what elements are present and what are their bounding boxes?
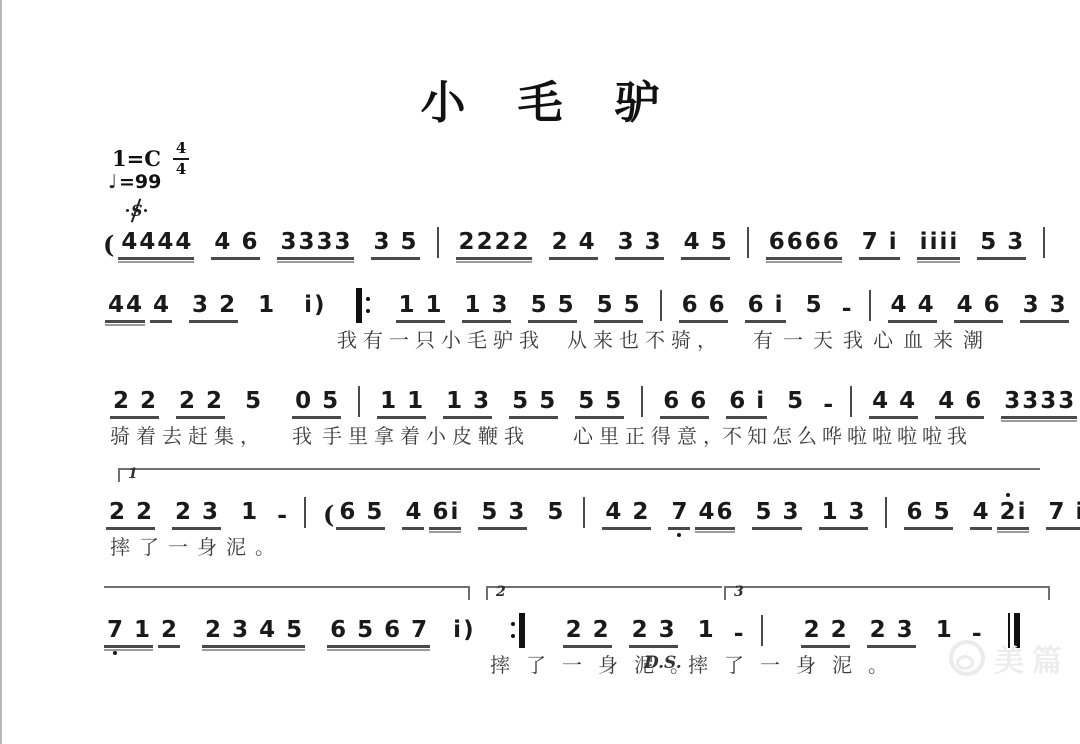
note: 7 (107, 619, 123, 642)
note-group: 65 (904, 501, 953, 530)
barline (1043, 227, 1045, 258)
watermark-text: 美篇 (994, 636, 1070, 680)
note-group: 45 (681, 231, 730, 260)
note: 7 (862, 231, 878, 254)
note: i (453, 619, 461, 642)
note-group: 44 (869, 390, 918, 419)
note-group: i) (301, 294, 327, 323)
note: 5 (597, 294, 613, 317)
notation-symbol: - (734, 618, 744, 648)
note: 7 (671, 501, 687, 524)
repeat-end (511, 612, 525, 648)
notation-symbol: ( (103, 230, 114, 260)
score-line-verse-line-1: 444321i)11135555666i5-44463333我有一只小毛驴我从来… (105, 287, 1080, 323)
barline (761, 615, 763, 646)
lyrics-segment: 心里正得意， (573, 420, 729, 449)
repeat-dots (366, 297, 370, 313)
note: 5 (286, 619, 302, 642)
note: 4 (157, 231, 173, 254)
note-group: 46 (935, 390, 984, 419)
note: 2 (804, 619, 820, 642)
note-group: 1 (695, 619, 717, 648)
note: 3 (1050, 294, 1066, 317)
note: 5 (755, 501, 771, 524)
note: 4 (139, 231, 155, 254)
note: 6 (709, 294, 725, 317)
score-line-ending-line: 2371223456567i)22231-22231-摔了一身泥。D.S.摔了一… (104, 612, 1037, 648)
notation-symbol: - (842, 293, 852, 323)
note: 6 (805, 231, 821, 254)
barline (660, 290, 662, 321)
note: 6 (965, 390, 981, 413)
key-label: 1=C (112, 146, 161, 171)
note: 2 (459, 231, 475, 254)
note-group: 55 (594, 294, 643, 323)
barline (885, 497, 887, 528)
note: 5 (539, 390, 555, 413)
note: 4 (214, 231, 230, 254)
note: 7 (411, 619, 427, 642)
note: 5 (366, 501, 382, 524)
note-group: 32 (189, 294, 238, 323)
note: 3 (192, 294, 208, 317)
note: 1 (399, 294, 415, 317)
note: 4 (153, 294, 169, 317)
note: i (756, 390, 764, 413)
volta-bracket: 2 (486, 586, 722, 600)
note-group: 22 (176, 390, 225, 419)
note: 3 (849, 501, 865, 524)
note: 6 (748, 294, 764, 317)
note-group: 35 (371, 231, 420, 260)
note-group: 5 (242, 390, 264, 419)
notation-symbol: - (277, 500, 287, 530)
lyrics-segment: 我 (292, 420, 312, 449)
note-group: 2345 (202, 619, 305, 648)
note-group: 6666 (766, 231, 842, 260)
lyrics-segment: 我有一只小毛驴我 (337, 324, 545, 353)
note: 3 (645, 231, 661, 254)
note: 6 (663, 390, 679, 413)
note-group: 66 (679, 294, 728, 323)
note-group: 44 (888, 294, 937, 323)
lyrics-segment: 骑着去赶集， (110, 420, 266, 449)
note: 4 (175, 231, 191, 254)
note-group: 3333 (277, 231, 353, 260)
note-group: 1 (255, 294, 277, 323)
note: 4 (938, 390, 954, 413)
note: 5 (357, 619, 373, 642)
note: 6 (682, 294, 698, 317)
volta-label: 1 (128, 466, 138, 482)
note: 3 (1023, 294, 1039, 317)
note-group: 65 (336, 501, 385, 530)
note: 3 (316, 231, 332, 254)
note-group: 13 (462, 294, 511, 323)
note: 6 (787, 231, 803, 254)
note: 2 (109, 501, 125, 524)
note: 6 (241, 231, 257, 254)
note: 3 (618, 231, 634, 254)
note-group: 23 (867, 619, 916, 648)
note: 2 (831, 619, 847, 642)
note: 3 (783, 501, 799, 524)
note-group: 2i (997, 501, 1029, 530)
note: 6 (716, 501, 732, 524)
watermark-logo-icon (949, 640, 985, 676)
note: 2 (179, 390, 195, 413)
note: 6 (984, 294, 1000, 317)
note-group: 7 (668, 501, 690, 530)
note: i (450, 501, 458, 524)
watermark: 美篇 (949, 636, 1070, 680)
note: 4 (108, 294, 124, 317)
note-group: 55 (509, 390, 558, 419)
note: 4 (872, 390, 888, 413)
note: 5 (401, 231, 417, 254)
note-group: 71 (104, 619, 153, 648)
note-group: 44 (105, 294, 145, 323)
note: i (1018, 501, 1026, 524)
note: 5 (558, 294, 574, 317)
tempo-value: =99 (119, 171, 161, 193)
note: 3 (1007, 231, 1023, 254)
note: 2 (593, 619, 609, 642)
note-group: 13 (819, 501, 868, 530)
note: i (939, 231, 947, 254)
note: 0 (295, 390, 311, 413)
note: 3 (659, 619, 675, 642)
note: 5 (481, 501, 497, 524)
note: ) (463, 619, 474, 642)
note: i (1076, 501, 1080, 524)
note-group: 46 (695, 501, 735, 530)
note-group: 23 (172, 501, 221, 530)
note: 3 (1058, 390, 1074, 413)
note: 3 (1004, 390, 1020, 413)
note-group: 22 (801, 619, 850, 648)
note: 4 (126, 294, 142, 317)
note-group: 42 (602, 501, 651, 530)
note: 4 (918, 294, 934, 317)
note: 5 (980, 231, 996, 254)
note-group: 23 (629, 619, 678, 648)
note-group: 7i (1046, 501, 1080, 530)
note-group: 05 (292, 390, 341, 419)
note: 2 (219, 294, 235, 317)
note-group: iiii (917, 231, 961, 260)
note: 4 (405, 501, 421, 524)
note: 2 (205, 619, 221, 642)
note: 1 (446, 390, 462, 413)
barline (437, 227, 439, 258)
note: 2 (140, 390, 156, 413)
note-group: 55 (528, 294, 577, 323)
note: 4 (684, 231, 700, 254)
note: 4 (605, 501, 621, 524)
note: 2 (206, 390, 222, 413)
note: 3 (508, 501, 524, 524)
note-row: 22231-(6546i5354274653136542i7i51 (106, 494, 1080, 530)
note: 6 (907, 501, 923, 524)
note-group: 5 (784, 390, 806, 419)
note-group: 33 (1020, 294, 1069, 323)
note: 3 (335, 231, 351, 254)
note: 3 (897, 619, 913, 642)
note: 3 (374, 231, 390, 254)
note: 2 (495, 231, 511, 254)
note: 7 (1049, 501, 1065, 524)
note: 2 (552, 231, 568, 254)
note-group: 53 (478, 501, 527, 530)
barline (304, 497, 306, 528)
notation-symbol: - (823, 389, 833, 419)
barline (583, 497, 585, 528)
volta-bracket: 3 (724, 586, 1050, 600)
barline (869, 290, 871, 321)
note-group: 46 (954, 294, 1003, 323)
note: 4 (579, 231, 595, 254)
note: 3 (473, 390, 489, 413)
barline (747, 227, 749, 258)
note: 4 (957, 294, 973, 317)
note: 5 (605, 390, 621, 413)
note-group: i) (450, 619, 476, 648)
note-group: 66 (660, 390, 709, 419)
note-group: 24 (549, 231, 598, 260)
note: 5 (934, 501, 950, 524)
note: 6 (690, 390, 706, 413)
note-group: 22 (110, 390, 159, 419)
note-group: 46 (211, 231, 260, 260)
note: i (920, 231, 928, 254)
note: i (930, 231, 938, 254)
note-group: 11 (377, 390, 426, 419)
barline (641, 386, 643, 417)
note: 4 (891, 294, 907, 317)
note-group: 13 (443, 390, 492, 419)
note-row: (444446333335222224334566667iiiii53 (103, 224, 1062, 260)
note-group: 4 (402, 501, 424, 530)
note: 3 (202, 501, 218, 524)
note-group: 55 (575, 390, 624, 419)
note: 4 (259, 619, 275, 642)
note: i (949, 231, 957, 254)
note-group: 33 (615, 231, 664, 260)
volta-bracket (104, 586, 470, 600)
notation-symbol: ( (323, 500, 334, 530)
note: 5 (245, 390, 261, 413)
note: 2 (477, 231, 493, 254)
note: 4 (698, 501, 714, 524)
time-denominator: 4 (176, 160, 186, 178)
note-group: 11 (396, 294, 445, 323)
score-line-verse-line-2: 222250511135555666i5-4446333333骑着去赶集，我手里… (110, 383, 1080, 419)
note: 6 (330, 619, 346, 642)
note: 2 (566, 619, 582, 642)
lyrics-segment: 手里拿着小皮鞭我 (322, 420, 530, 449)
note: 5 (787, 390, 803, 413)
note: 2 (870, 619, 886, 642)
note: 5 (512, 390, 528, 413)
note-group: 2 (158, 619, 180, 648)
note: 2 (632, 501, 648, 524)
note-group: 6i (726, 390, 767, 419)
note: 1 (465, 294, 481, 317)
note: 3 (232, 619, 248, 642)
note: 2 (175, 501, 191, 524)
note-group: 53 (977, 231, 1026, 260)
time-numerator: 4 (173, 140, 189, 160)
note-group: 7i (859, 231, 900, 260)
note: i (889, 231, 897, 254)
lyrics-segment: D.S. (644, 653, 682, 673)
note: 2 (136, 501, 152, 524)
note: 2 (1000, 501, 1016, 524)
score-line-intro-line: (444446333335222224334566667iiiii53 (103, 224, 1062, 260)
note: 6 (769, 231, 785, 254)
note: 2 (113, 390, 129, 413)
note: 2 (513, 231, 529, 254)
note-group: 4444 (118, 231, 194, 260)
note-row: 222250511135555666i5-4446333333 (110, 383, 1080, 419)
note: 1 (258, 294, 274, 317)
note-group: 3333 (1001, 390, 1077, 419)
lyrics-segment: 摔了一身泥。 (688, 649, 904, 678)
lyrics-segment: 不知怎么哗啦啦啦啦我 (722, 420, 972, 449)
note-group: 53 (752, 501, 801, 530)
note: 4 (121, 231, 137, 254)
note: 5 (578, 390, 594, 413)
note: i (775, 294, 783, 317)
note: 5 (547, 501, 563, 524)
volta-label: 2 (496, 584, 506, 600)
note: 5 (531, 294, 547, 317)
note: 6 (729, 390, 745, 413)
lyrics-segment: 摔了一身泥。 (110, 531, 284, 560)
note-row: 444321i)11135555666i5-44463333 (105, 287, 1080, 323)
note: 3 (280, 231, 296, 254)
note-group: 6i (429, 501, 461, 530)
note: 3 (1022, 390, 1038, 413)
tempo-marking: ♩ =99 (108, 171, 161, 193)
note-group: 2222 (456, 231, 532, 260)
note: 1 (241, 501, 257, 524)
note-group: 6567 (327, 619, 430, 648)
note: 6 (384, 619, 400, 642)
note: 3 (492, 294, 508, 317)
lyrics-segment: 有一天我心血来潮 (753, 324, 993, 353)
note-group: 5 (544, 501, 566, 530)
note: ) (314, 294, 325, 317)
note: 5 (711, 231, 727, 254)
quarter-note-icon: ♩ (108, 171, 117, 193)
note: 2 (161, 619, 177, 642)
note-group: 4 (970, 501, 992, 530)
note-group: 22 (563, 619, 612, 648)
note: 1 (698, 619, 714, 642)
time-signature: 4 4 (173, 140, 189, 177)
barline (850, 386, 852, 417)
note: 3 (1040, 390, 1056, 413)
repeat-begin (356, 287, 370, 323)
note: 1 (426, 294, 442, 317)
score-line-volta1-line: 122231-(6546i5354274653136542i7i51摔了一身泥。 (106, 494, 1080, 530)
note: 1 (134, 619, 150, 642)
note: 4 (899, 390, 915, 413)
note-group: 4 (150, 294, 172, 323)
note: 6 (432, 501, 448, 524)
volta-bracket: 1 (118, 468, 1040, 482)
repeat-dots (511, 622, 515, 638)
note: 1 (380, 390, 396, 413)
note: 5 (806, 294, 822, 317)
note: 1 (822, 501, 838, 524)
note: 4 (973, 501, 989, 524)
note: 1 (407, 390, 423, 413)
song-title: 小毛驴 (0, 66, 1080, 131)
volta-label: 3 (734, 584, 744, 600)
note: 2 (632, 619, 648, 642)
segno-icon: S (127, 199, 145, 223)
note-group: 1 (238, 501, 260, 530)
note: 6 (823, 231, 839, 254)
note-row: 71223456567i)22231-22231- (104, 612, 1037, 648)
note: 5 (322, 390, 338, 413)
note-group: 22 (106, 501, 155, 530)
note-group: 5 (803, 294, 825, 323)
note: 3 (298, 231, 314, 254)
note: 5 (624, 294, 640, 317)
note-group: 6i (745, 294, 786, 323)
note: 6 (339, 501, 355, 524)
barline (358, 386, 360, 417)
lyrics-segment: 从来也不骑， (567, 324, 723, 353)
note: i (304, 294, 312, 317)
sheet-music-page: 小毛驴 1=C 4 4 ♩ =99 S (4444463333352222243… (0, 0, 1080, 744)
